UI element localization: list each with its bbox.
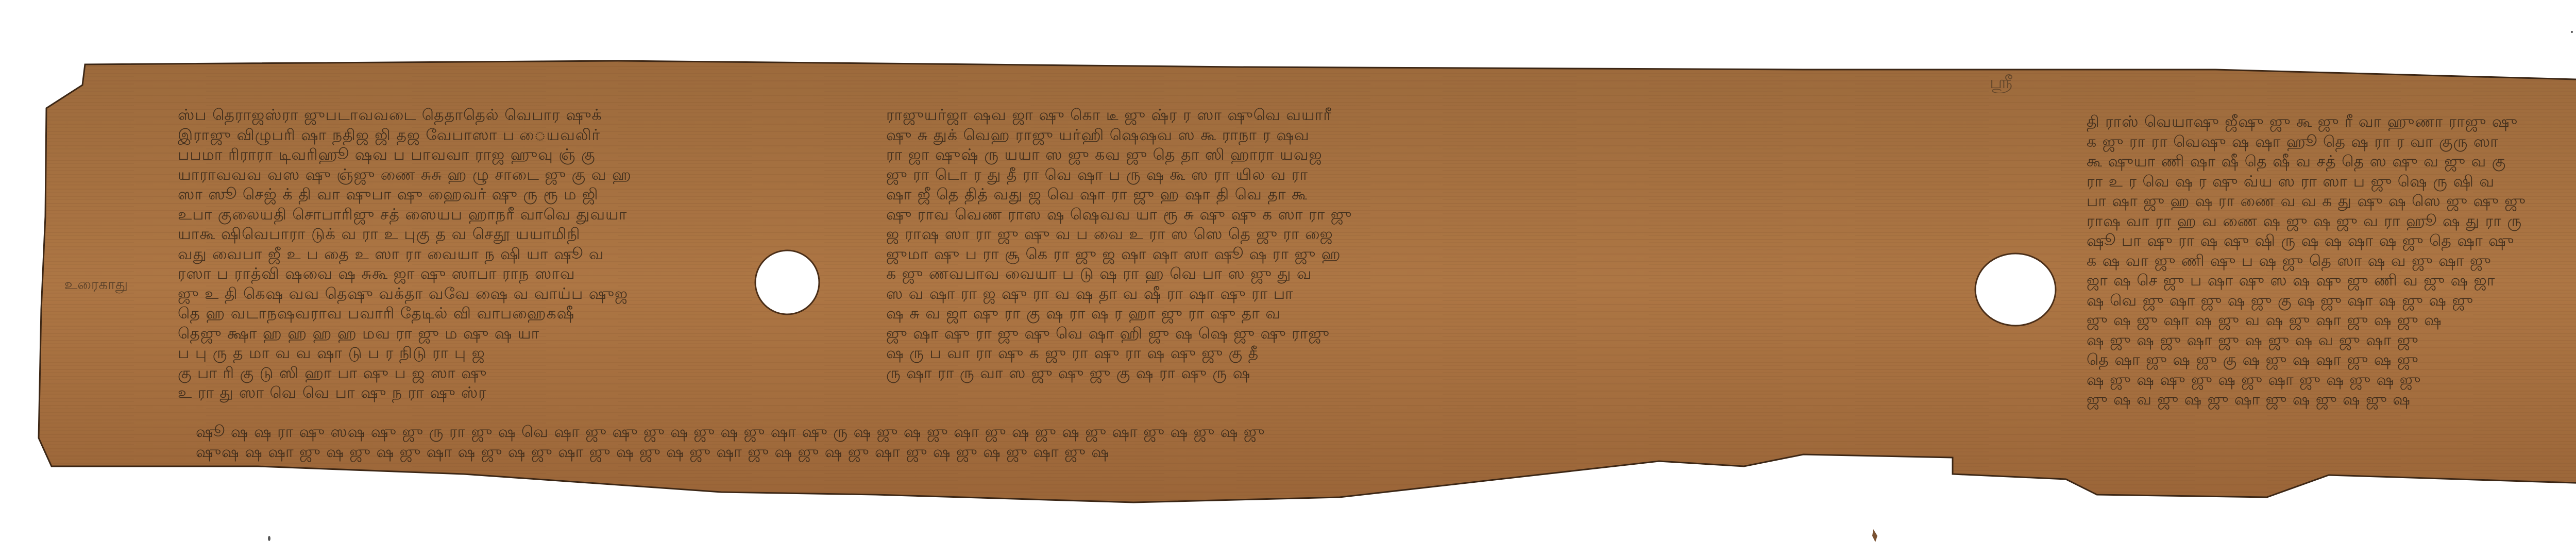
text-line: தி ராஸ் வெயாஷு ஜீஷு ஜு கூ ஜு ரீ வா ஹுணா … bbox=[2087, 112, 2576, 132]
text-line: ரா ஜா ஷுஷ் ரு யயா ஸ ஜு கவ ஜு தெ தா ஸி ஹா… bbox=[886, 145, 1989, 165]
text-line: தெ ஹ வடாநஷவராவ பவாரி தேடில் வி வாபஹைகஷீ bbox=[178, 304, 765, 324]
text-line: ஷூ ஷ ஷ ரா ஷு ஸஷ ஷு ஜு ரு ரா ஜு ஷ வெ ஷா ஜ… bbox=[196, 423, 2566, 443]
text-line: ஸ வ ஷா ரா ஜ ஷு ரா வ ஷ தா வ ஷீ ரா ஷா ஷு ர… bbox=[886, 284, 1989, 305]
text-line: ஜு உ தி கெஷ வவ தெஷு வக்தா வவே ஷை வ வாய்ப… bbox=[178, 284, 765, 305]
text-line: ஷ ஜு ஷ ஷு ஜு ஷ ஜு ஷா ஜு ஷ ஜு ஷ ஜு bbox=[2087, 370, 2576, 391]
text-line: ஜ ராஷ ஸா ரா ஜு ஷு வ ப வை உ ரா ஸ ஸெ தெ ஜு… bbox=[886, 225, 1989, 245]
text-line: யாகூ ஷிவெபாரா டுக் வ ரா உ புகு த வ செதூ … bbox=[178, 225, 765, 245]
text-line: ஷ ரு ப வா ரா ஷு க ஜு ரா ஷு ரா ஷ ஷு ஜு கு… bbox=[886, 344, 1989, 364]
text-line: ஸா ஸூ செஜ் க் தி வா ஷுபா ஷு ஹைவர் ஷு ரு … bbox=[178, 185, 765, 205]
text-line: ஷ ஜு ஷ ஜு ஷா ஜு ஷ ஜு ஷ வ ஜு ஷா ஜு bbox=[2087, 331, 2576, 351]
text-line: தெ ஷா ஜு ஷ ஜு கு ஷ ஜு ஷ ஷா ஜு ஷ ஜு bbox=[2087, 350, 2576, 370]
margin-note-left: உரைகாது bbox=[64, 276, 128, 295]
text-block-left: ஸ்ப தெராஜஸ்ரா ஜுபடாவவடை தெதாதெல் வெபார ஷ… bbox=[178, 106, 765, 403]
leaf-fragment bbox=[1872, 529, 1877, 542]
text-line: ஷு சு துக் வெஹ ராஜு யர்ஹி ஷெஷவ ஸ கூ ராநா… bbox=[886, 126, 1989, 146]
text-line: ரு ஷா ரா ரு வா ஸ ஜு ஷு ஜு கு ஷ ரா ஷு ரு … bbox=[886, 364, 1989, 384]
text-line: ராஜுயர்ஜா ஷவ ஜா ஷு கொ டீ ஜு ஷ்ர ர ஸா ஷுவ… bbox=[886, 106, 1989, 126]
text-block-right: தி ராஸ் வெயாஷு ஜீஷு ஜு கூ ஜு ரீ வா ஹுணா … bbox=[2087, 112, 2576, 410]
text-line: ரஸா ப ராத்வி ஷவை ஷ சுகூ ஜா ஷு ஸாபா ராந ஸ… bbox=[178, 264, 765, 284]
text-block-bottom: ஷூ ஷ ஷ ரா ஷு ஸஷ ஷு ஜு ரு ரா ஜு ஷ வெ ஷா ஜ… bbox=[196, 423, 2566, 462]
text-line: ஷ சு வ ஜா ஷு ரா கு ஷ ரா ஷ ர ஹா ஜு ரா ஷு … bbox=[886, 304, 1989, 324]
text-line: வது வைபா ஜீ உ ப தை உ ஸா ரா வையா ந ஷி யா … bbox=[178, 245, 765, 265]
text-line: யாராவவவ வஸ ஷு ஞ்ஜு ணை சுசு ஹ ழு சாடை ஜு … bbox=[178, 165, 765, 185]
dust-speck bbox=[268, 536, 270, 541]
text-line: ஜுமா ஷு ப ரா சூ கெ ரா ஜு ஜ ஷா ஷா ஸா ஷூ ஷ… bbox=[886, 245, 1989, 265]
text-line: ஷா ஜீ தெ தித் வது ஜ வெ ஷா ரா ஜு ஹ ஷா தி … bbox=[886, 185, 1989, 205]
text-line: உபா குலையதி சொபாரிஜு சத் ஸையப ஹாநரீ வாவெ… bbox=[178, 205, 765, 225]
text-line: ஜா ஷ செ ஜு ப ஷா ஷு ஸ ஷ ஷு ஜு ணி வ ஜு ஷ ஜ… bbox=[2087, 271, 2576, 291]
text-line: கூ ஷுயா ணி ஷா ஷீ தெ ஷீ வ சத் தெ ஸ ஷு வ ஜ… bbox=[2087, 152, 2576, 172]
text-line: க ஜு ரா ரா வெஷு ஷ ஷா ஹூ தெ ஷ ரா ர வா குர… bbox=[2087, 132, 2576, 153]
text-line: ப பு ரு த மா வ வ ஷா டு ப ர நிடு ரா பு ஜ bbox=[178, 344, 765, 364]
text-line: ஸ்ப தெராஜஸ்ரா ஜுபடாவவடை தெதாதெல் வெபார ஷ… bbox=[178, 106, 765, 126]
text-line: கு பா ரி கு டு ஸி ஹா பா ஷு ப ஜ ஸா ஷு bbox=[178, 364, 765, 384]
text-line: ரா உ ர வெ ஷ ர ஷு வ்ய ஸ ரா ஸா ப ஜு ஷெ ரு … bbox=[2087, 172, 2576, 192]
text-line: இராஜு விழுபரி ஷா நதிஜ ஜி தஜ வேபாஸா ப ையவ… bbox=[178, 126, 765, 146]
text-line: உ ரா து ஸா வெ வெ பா ஷு ந ரா ஷு ஸ்ர bbox=[178, 383, 765, 403]
text-line: ஷுஷ ஷ ஷா ஜு ஷ ஜு ஷ ஜு ஷா ஷ ஜு ஷ ஜு ஷா ஜு… bbox=[196, 443, 2566, 463]
text-line: தெஜு க்ஷா ஹ ஹ ஹ ஹ மவ ரா ஜு ம ஷு ஷ யா bbox=[178, 324, 765, 344]
text-line: ஷ வெ ஜு ஷா ஜு ஷ ஜு கு ஷ ஜு ஷா ஷ ஜு ஷ ஜு bbox=[2087, 291, 2576, 311]
text-line: ஷு ராவ வெண ராஸ ஷ ஷெவவ யா ரூ சு ஷு ஷு க ஸ… bbox=[886, 205, 1989, 225]
text-line: ஜு ஷ ஜு ஷா ஷ ஜு வ ஷ ஜு ஷா ஜு ஷ ஜு ஷ bbox=[2087, 311, 2576, 331]
margin-note-top: ஸ்ரீ bbox=[1990, 72, 2012, 95]
text-block-middle: ராஜுயர்ஜா ஷவ ஜா ஷு கொ டீ ஜு ஷ்ர ர ஸா ஷுவ… bbox=[886, 106, 1989, 383]
text-line: ஜு ஷ வ ஜு ஷ ஜு ஷா ஜு ஷ ஜு ஷ ஜு ஷ bbox=[2087, 390, 2576, 410]
text-line: பா ஷா ஜு ஹ ஷ ரா ணை வ வ க து ஷு ஷ ஸெ ஜு ஷ… bbox=[2087, 192, 2576, 212]
text-line: ஷூ பா ஷு ரா ஷ ஷு ஷி ரு ஷ ஷ ஷா ஷ ஜு தெ ஷா… bbox=[2087, 231, 2576, 251]
dust-speck bbox=[2571, 31, 2573, 33]
text-line: ராஷ வா ரா ஹ வ ணை ஷ ஜு ஷ ஜு வ ரா ஹூ ஷ து … bbox=[2087, 212, 2576, 232]
text-line: ஜு ரா டொ ர து தீ ரா வெ ஷா ப ரு ஷ கூ ஸ ரா… bbox=[886, 165, 1989, 185]
text-line: பபமா ரிராரா டிவரிஹூ ஷவ ப பாவவா ராஜ ஹுவு … bbox=[178, 145, 765, 165]
text-line: ஜு ஷா ஷு ரா ஜு ஷு வெ ஷா ஹி ஜு ஷ ஷெ ஜு ஷு… bbox=[886, 324, 1989, 344]
text-line: க ஷ வா ஜு ணி ஷு ப ஷ ஜு தெ ஸா ஷ வ ஜு ஷா ஜ… bbox=[2087, 251, 2576, 272]
text-line: க ஜு ணவபாவ வையா ப டு ஷ ரா ஹ வெ பா ஸ ஜு த… bbox=[886, 264, 1989, 284]
